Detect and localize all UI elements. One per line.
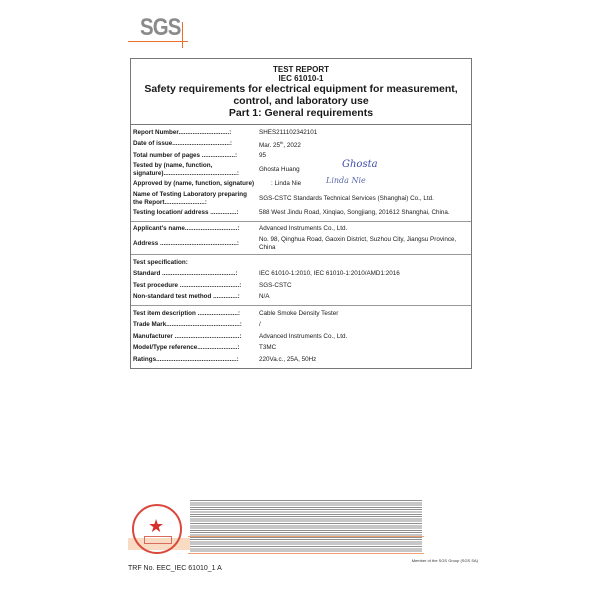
date-of-issue-row: Date of issue...........................…: [131, 139, 471, 151]
non-standard-method-row: Non-standard test method ..............:…: [131, 292, 471, 304]
test-procedure-row: Test procedure .........................…: [131, 280, 471, 292]
trf-number: TRF No. EEC_IEC 61010_1 A: [128, 565, 222, 572]
standard-row: Standard ...............................…: [131, 269, 471, 281]
test-report-page: SGS TEST REPORT IEC 61010-1 Safety requi…: [0, 0, 600, 600]
approved-by-row: Approved by (name, function, signature) …: [131, 179, 471, 191]
report-summary-table: TEST REPORT IEC 61010-1 Safety requireme…: [130, 58, 472, 369]
report-title: TEST REPORT IEC 61010-1 Safety requireme…: [131, 59, 471, 125]
applicant-address-row: Address ................................…: [131, 235, 471, 252]
ratings-row: Ratings.................................…: [131, 354, 471, 366]
fine-print-block: [190, 500, 422, 552]
tester-signature: Ghosta: [342, 161, 378, 169]
tested-by-row: Tested by (name, function, signature)...…: [131, 162, 471, 179]
star-icon: ★: [148, 516, 164, 537]
trade-mark-row: Trade Mark..............................…: [131, 320, 471, 332]
applicant-name-row: Applicant's name........................…: [131, 224, 471, 236]
model-row: Model/Type reference....................…: [131, 343, 471, 355]
approver-signature: Linda Nie: [326, 177, 366, 185]
testing-laboratory-row: Name of Testing Laboratory preparing the…: [131, 190, 471, 207]
sgs-logo: SGS: [128, 10, 186, 40]
manufacturer-row: Manufacturer ...........................…: [131, 331, 471, 343]
report-number-row: Report Number...........................…: [131, 127, 471, 139]
test-specification-section: Test specification: Standard ...........…: [131, 255, 471, 306]
testing-location-row: Testing location/ address ..............…: [131, 207, 471, 219]
seal-stamp-icon: ★: [132, 504, 182, 554]
test-item-row: Test item description ..................…: [131, 308, 471, 320]
test-specification-heading: Test specification:: [131, 257, 471, 269]
total-pages-row: Total number of pages ..................…: [131, 150, 471, 162]
member-text: Member of the SGS Group (SGS SA): [412, 558, 478, 563]
test-item-section: Test item description ..................…: [131, 306, 471, 368]
applicant-section: Applicant's name........................…: [131, 222, 471, 256]
footer-disclaimer: ★ Member of the SGS Group (SGS SA): [128, 500, 478, 570]
report-info-section: Report Number...........................…: [131, 125, 471, 222]
